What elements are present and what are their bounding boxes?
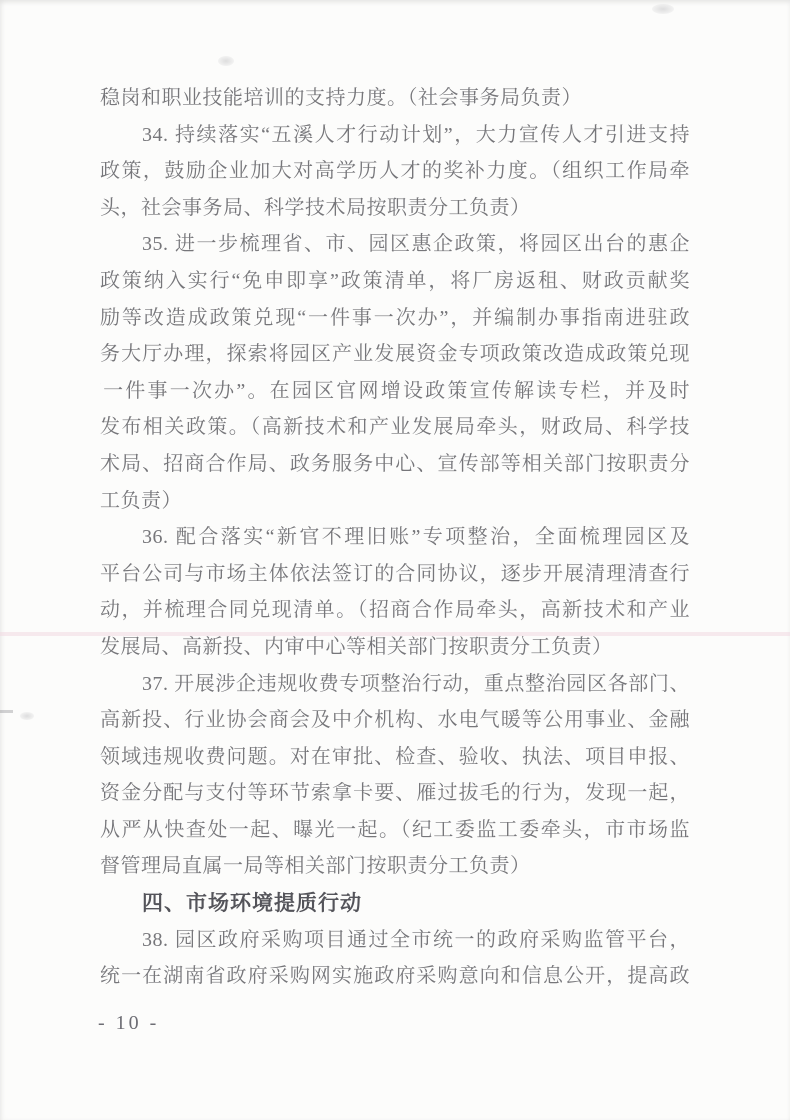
text-line: 发展局、高新投、内审中心等相关部门按职责分工负责）	[100, 629, 690, 666]
text-line: 38. 园区政府采购项目通过全市统一的政府采购监管平台，	[100, 922, 690, 959]
text-line: 34. 持续落实“五溪人才行动计划”，大力宣传人才引进支持	[100, 117, 690, 154]
text-line: 35. 进一步梳理省、市、园区惠企政策，将园区出台的惠企	[100, 226, 690, 263]
scan-smudge	[652, 4, 674, 14]
text-line: 领域违规收费问题。对在审批、检查、验收、执法、项目申报、	[100, 739, 690, 776]
text-line: 统一在湖南省政府采购网实施政府采购意向和信息公开，提高政	[100, 958, 690, 995]
scan-smudge	[20, 712, 34, 720]
text-line: 工负责）	[100, 483, 690, 520]
text-line: 政策纳入实行“免申即享”政策清单，将厂房返租、财政贡献奖	[100, 263, 690, 300]
text-line: 术局、招商合作局、政务服务中心、宣传部等相关部门按职责分	[100, 446, 690, 483]
scan-smudge	[0, 710, 13, 713]
text-line: 37. 开展涉企违规收费专项整治行动，重点整治园区各部门、	[100, 666, 690, 703]
text-line: 高新投、行业协会商会及中介机构、水电气暖等公用事业、金融	[100, 702, 690, 739]
text-line: 发布相关政策。（高新技术和产业发展局牵头，财政局、科学技	[100, 409, 690, 446]
text-line: 平台公司与市场主体依法签订的合同协议，逐步开展清理清查行	[100, 556, 690, 593]
text-line: 动，并梳理合同兑现清单。（招商合作局牵头，高新技术和产业	[100, 592, 690, 629]
text-line: 务大厅办理，探索将园区产业发展资金专项政策改造成政策兑现	[100, 336, 690, 373]
scan-smudge	[218, 56, 234, 66]
text-line: 督管理局直属一局等相关部门按职责分工负责）	[100, 848, 690, 885]
text-line: “一件事一次办”。在园区官网增设政策宣传解读专栏，并及时	[100, 373, 690, 410]
text-line: 政策，鼓励企业加大对高学历人才的奖补力度。（组织工作局牵	[100, 153, 690, 190]
text-line: 励等改造成政策兑现“一件事一次办”，并编制办事指南进驻政	[100, 300, 690, 337]
page-number: - 10 -	[98, 1012, 159, 1035]
document-page: 稳岗和职业技能培训的支持力度。（社会事务局负责）34. 持续落实“五溪人才行动计…	[0, 0, 790, 1120]
text-line: 从严从快查处一起、曝光一起。（纪工委监工委牵头，市市场监	[100, 812, 690, 849]
section-heading: 四、市场环境提质行动	[100, 885, 690, 922]
text-line: 资金分配与支付等环节索拿卡要、雁过拔毛的行为，发现一起，	[100, 775, 690, 812]
text-line: 36. 配合落实“新官不理旧账”专项整治，全面梳理园区及	[100, 519, 690, 556]
text-lines: 稳岗和职业技能培训的支持力度。（社会事务局负责）34. 持续落实“五溪人才行动计…	[100, 80, 690, 995]
text-line: 头，社会事务局、科学技术局按职责分工负责）	[100, 190, 690, 227]
text-line: 稳岗和职业技能培训的支持力度。（社会事务局负责）	[100, 80, 690, 117]
